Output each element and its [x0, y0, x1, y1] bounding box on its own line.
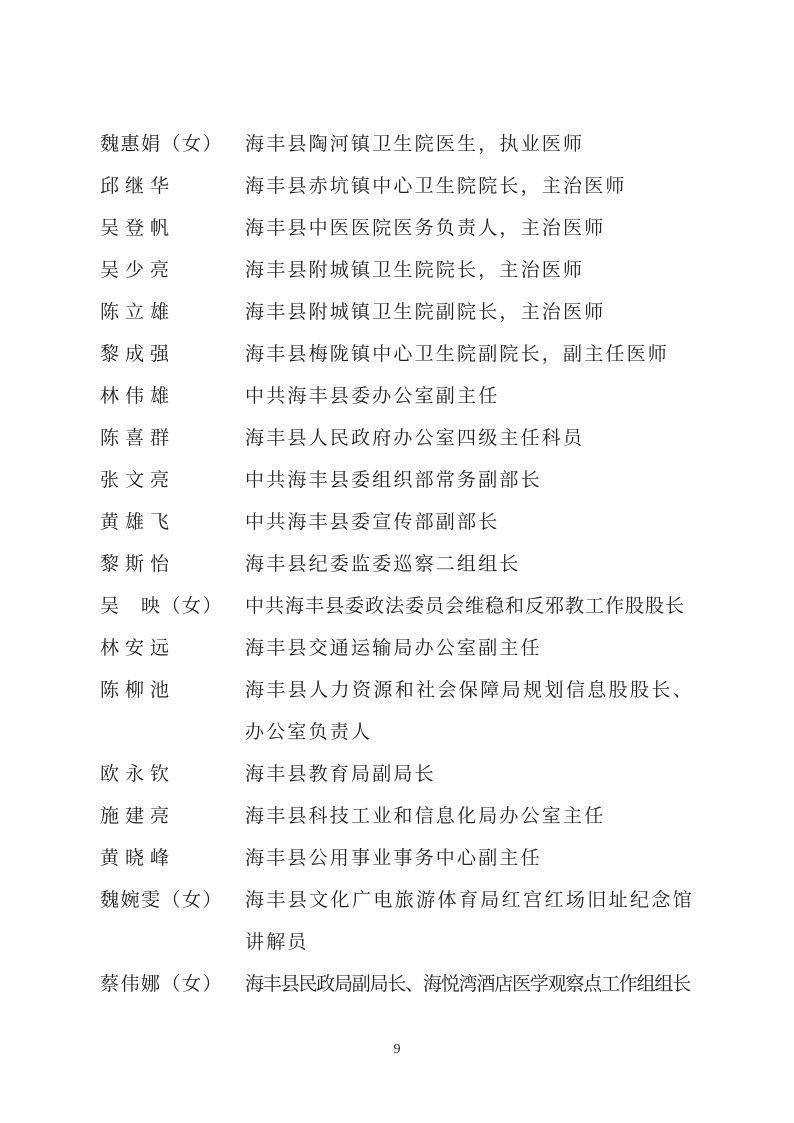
person-description: 海丰县民政局副局长、海悦湾酒店医学观察点工作组组长 — [245, 964, 694, 1006]
person-description: 海丰县交通运输局办公室副主任 — [245, 628, 694, 670]
person-description: 海丰县附城镇卫生院院长，主治医师 — [245, 250, 694, 292]
person-name: 魏惠娟（女） — [100, 124, 245, 166]
person-name: 魏婉雯（女） — [100, 880, 245, 922]
roster-row: 魏惠娟（女）海丰县陶河镇卫生院医生，执业医师 — [100, 124, 694, 166]
roster-row: 吴登帆海丰县中医医院医务负责人，主治医师 — [100, 208, 694, 250]
roster-row: 黄晓峰海丰县公用事业事务中心副主任 — [100, 838, 694, 880]
person-name: 蔡伟娜（女） — [100, 964, 245, 1006]
person-description: 中共海丰县委组织部常务副部长 — [245, 460, 694, 502]
person-description: 中共海丰县委办公室副主任 — [245, 376, 694, 418]
person-description: 海丰县科技工业和信息化局办公室主任 — [245, 796, 694, 838]
roster-row: 陈柳池海丰县人力资源和社会保障局规划信息股股长、办公室负责人 — [100, 670, 694, 754]
person-name: 黄晓峰 — [100, 838, 245, 880]
roster-row: 邱继华海丰县赤坑镇中心卫生院院长，主治医师 — [100, 166, 694, 208]
roster-row: 欧永钦海丰县教育局副局长 — [100, 754, 694, 796]
roster-row: 吴 映（女）中共海丰县委政法委员会维稳和反邪教工作股股长 — [100, 586, 694, 628]
person-name: 黎成强 — [100, 334, 245, 376]
person-description: 中共海丰县委政法委员会维稳和反邪教工作股股长 — [245, 586, 694, 628]
roster-row: 蔡伟娜（女）海丰县民政局副局长、海悦湾酒店医学观察点工作组组长 — [100, 964, 694, 1006]
person-name: 张文亮 — [100, 460, 245, 502]
person-name: 陈立雄 — [100, 292, 245, 334]
roster-row: 张文亮中共海丰县委组织部常务副部长 — [100, 460, 694, 502]
person-description: 海丰县中医医院医务负责人，主治医师 — [245, 208, 694, 250]
person-name: 黄雄飞 — [100, 502, 245, 544]
roster-row: 黎斯怡海丰县纪委监委巡察二组组长 — [100, 544, 694, 586]
person-name: 吴 映（女） — [100, 586, 245, 628]
person-name: 邱继华 — [100, 166, 245, 208]
person-description: 海丰县赤坑镇中心卫生院院长，主治医师 — [245, 166, 694, 208]
roster-row: 陈喜群海丰县人民政府办公室四级主任科员 — [100, 418, 694, 460]
person-name: 吴登帆 — [100, 208, 245, 250]
person-description: 海丰县附城镇卫生院副院长，主治医师 — [245, 292, 694, 334]
person-description: 海丰县文化广电旅游体育局红宫红场旧址纪念馆讲解员 — [245, 880, 694, 964]
person-description: 海丰县纪委监委巡察二组组长 — [245, 544, 694, 586]
person-name: 黎斯怡 — [100, 544, 245, 586]
roster-row: 魏婉雯（女）海丰县文化广电旅游体育局红宫红场旧址纪念馆讲解员 — [100, 880, 694, 964]
person-name: 吴少亮 — [100, 250, 245, 292]
document-page: 魏惠娟（女）海丰县陶河镇卫生院医生，执业医师邱继华海丰县赤坑镇中心卫生院院长，主… — [0, 0, 794, 1123]
person-description: 海丰县人力资源和社会保障局规划信息股股长、办公室负责人 — [245, 670, 694, 754]
roster-row: 黄雄飞中共海丰县委宣传部副部长 — [100, 502, 694, 544]
person-name: 林安远 — [100, 628, 245, 670]
person-name: 陈喜群 — [100, 418, 245, 460]
page-number: 9 — [0, 1042, 794, 1058]
person-name: 林伟雄 — [100, 376, 245, 418]
person-description: 海丰县梅陇镇中心卫生院副院长，副主任医师 — [245, 334, 694, 376]
person-description: 海丰县陶河镇卫生院医生，执业医师 — [245, 124, 694, 166]
person-name: 欧永钦 — [100, 754, 245, 796]
roster-row: 黎成强海丰县梅陇镇中心卫生院副院长，副主任医师 — [100, 334, 694, 376]
person-description: 海丰县人民政府办公室四级主任科员 — [245, 418, 694, 460]
person-description: 海丰县公用事业事务中心副主任 — [245, 838, 694, 880]
roster-row: 林安远海丰县交通运输局办公室副主任 — [100, 628, 694, 670]
person-name: 施建亮 — [100, 796, 245, 838]
person-description: 中共海丰县委宣传部副部长 — [245, 502, 694, 544]
roster-row: 施建亮海丰县科技工业和信息化局办公室主任 — [100, 796, 694, 838]
roster-row: 陈立雄海丰县附城镇卫生院副院长，主治医师 — [100, 292, 694, 334]
roster-list: 魏惠娟（女）海丰县陶河镇卫生院医生，执业医师邱继华海丰县赤坑镇中心卫生院院长，主… — [100, 124, 694, 1006]
roster-row: 吴少亮海丰县附城镇卫生院院长，主治医师 — [100, 250, 694, 292]
person-description: 海丰县教育局副局长 — [245, 754, 694, 796]
person-name: 陈柳池 — [100, 670, 245, 712]
roster-row: 林伟雄中共海丰县委办公室副主任 — [100, 376, 694, 418]
